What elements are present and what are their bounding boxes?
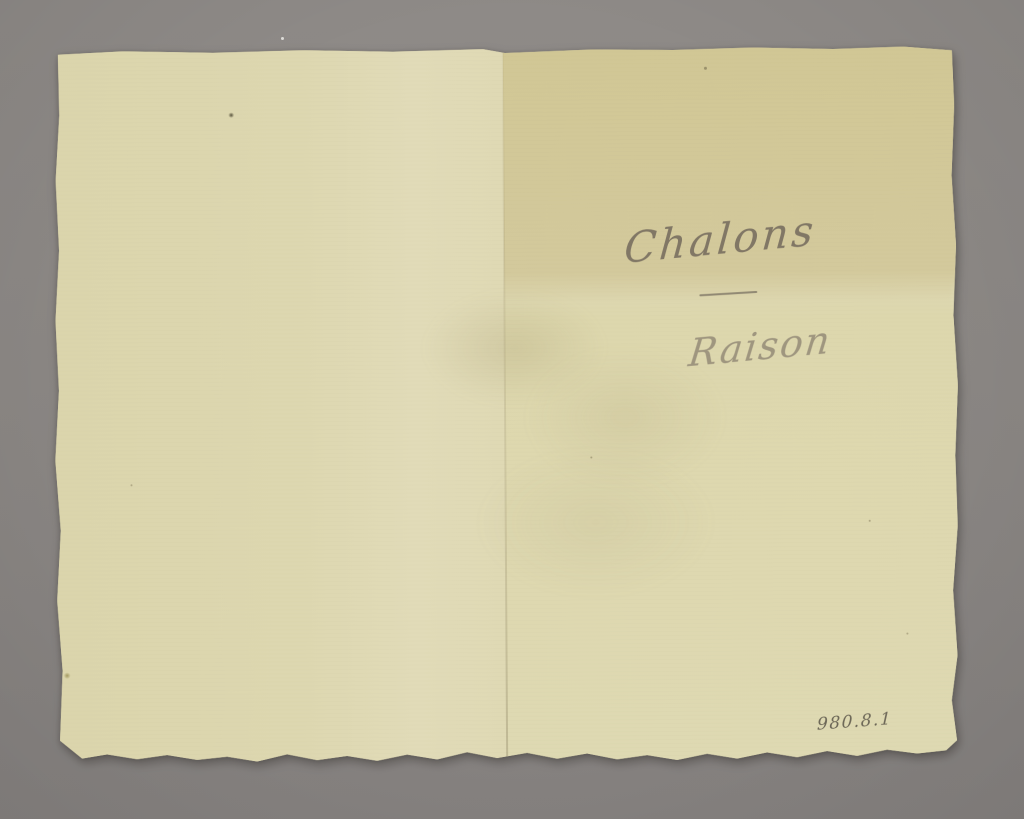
- paper-verso: Chalons Raison 980.8.1: [53, 45, 960, 764]
- paper-right-leaf-lower-area: [504, 293, 960, 761]
- photograph-background: Chalons Raison 980.8.1: [0, 0, 1024, 819]
- paper-sheet: Chalons Raison 980.8.1: [53, 45, 960, 764]
- dust-speck: [281, 37, 284, 40]
- paper-right-leaf-tanned-area: [503, 45, 958, 304]
- paper-left-leaf: [53, 48, 507, 764]
